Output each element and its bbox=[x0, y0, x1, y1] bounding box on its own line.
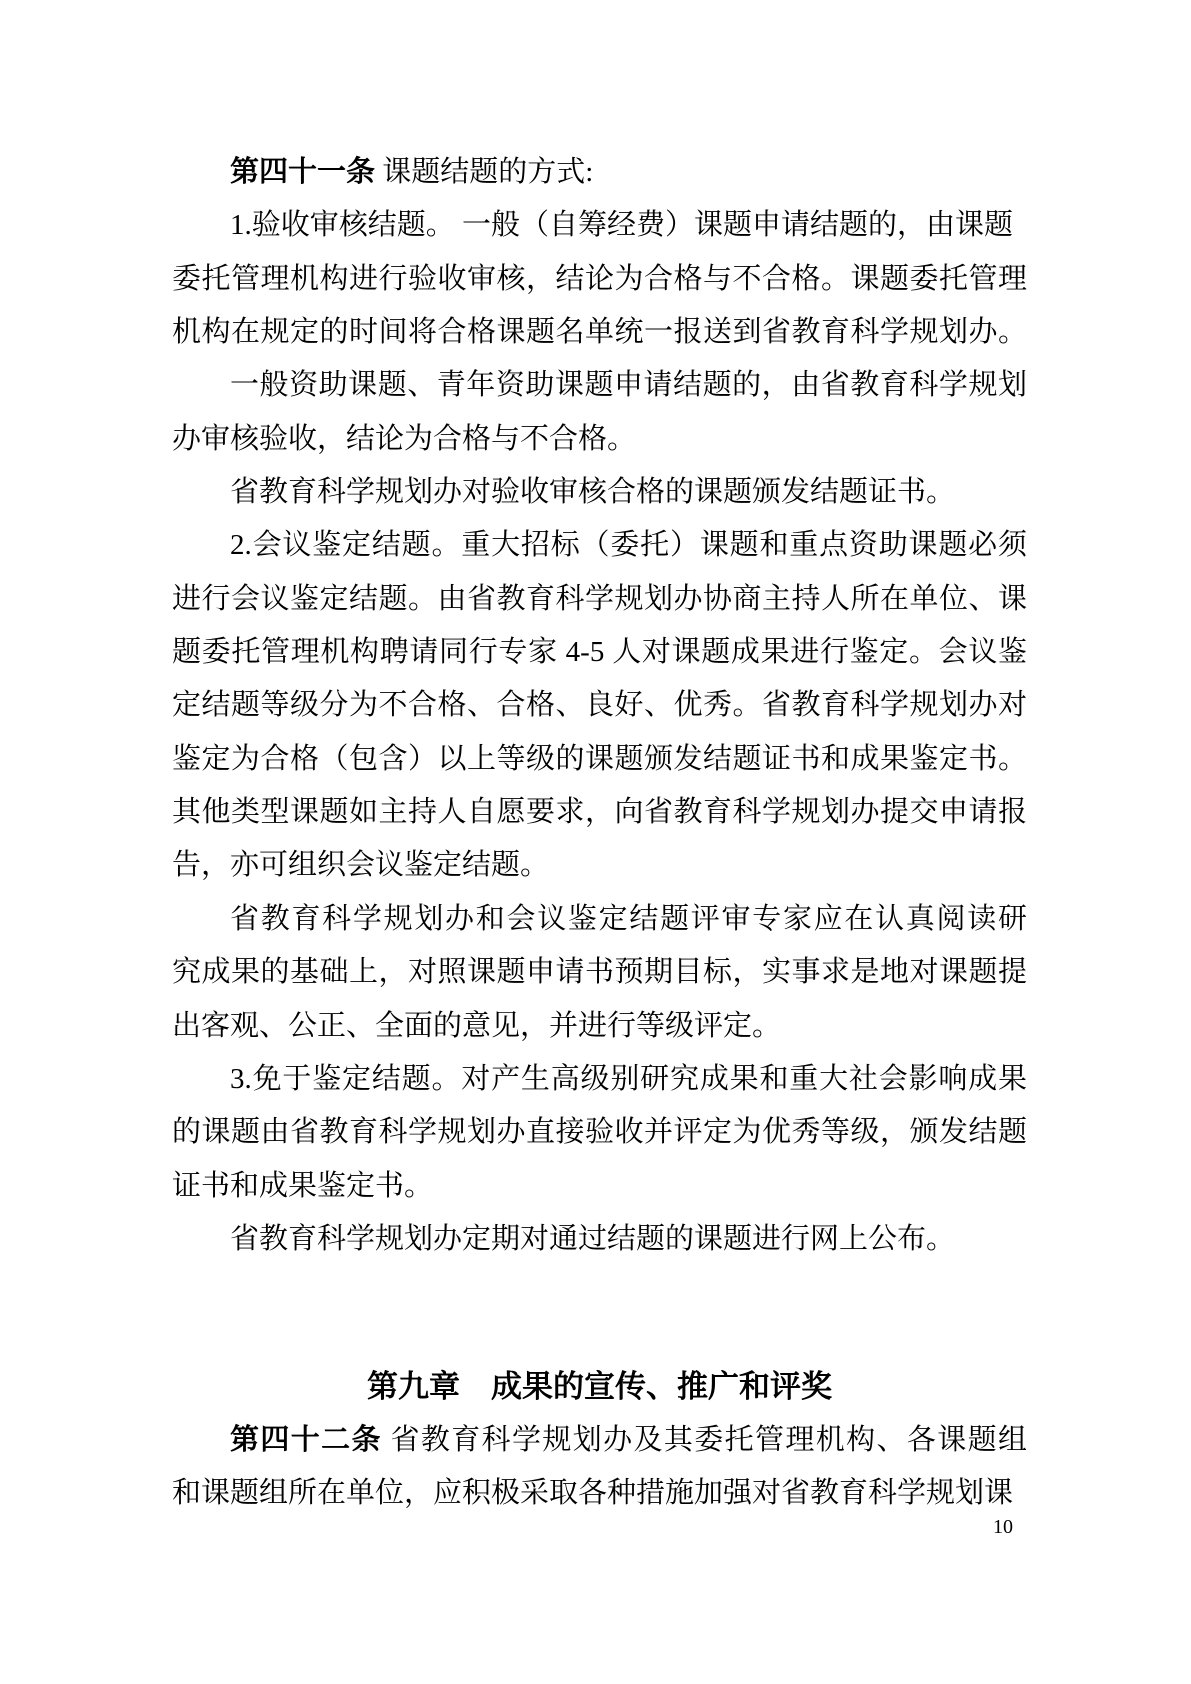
text-line: 第四十一条 课题结题的方式: bbox=[172, 146, 1027, 199]
text-line: 证书和成果鉴定书。 bbox=[172, 1160, 1027, 1213]
text-line: 究成果的基础上，对照课题申请书预期目标，实事求是地对课题提 bbox=[172, 946, 1027, 999]
text-run: 和课题组所在单位，应积极采取各种措施加强对省教育科学规划课 bbox=[172, 1477, 1013, 1509]
text-run: 1.验收审核结题。 一般（自筹经费）课题申请结题的，由课题 bbox=[230, 209, 1013, 241]
text-line: 3.免于鉴定结题。对产生高级别研究成果和重大社会影响成果 bbox=[172, 1053, 1027, 1106]
text-run: 鉴定为合格（包含）以上等级的课题颁发结题证书和成果鉴定书。 bbox=[172, 743, 1027, 775]
text-line: 委托管理机构进行验收审核，结论为合格与不合格。课题委托管理 bbox=[172, 253, 1027, 306]
text-run: 究成果的基础上，对照课题申请书预期目标，实事求是地对课题提 bbox=[172, 956, 1027, 988]
text-line: 一般资助课题、青年资助课题申请结题的，由省教育科学规划 bbox=[172, 359, 1027, 412]
text-run: 省教育科学规划办对验收审核合格的课题颁发结题证书。 bbox=[230, 476, 955, 508]
text-line: 第四十二条 省教育科学规划办及其委托管理机构、各课题组 bbox=[172, 1414, 1027, 1467]
text-line: 出客观、公正、全面的意见，并进行等级评定。 bbox=[172, 1000, 1027, 1053]
text-run: 其他类型课题如主持人自愿要求，向省教育科学规划办提交申请报 bbox=[172, 796, 1027, 828]
text-line: 机构在规定的时间将合格课题名单统一报送到省教育科学规划办。 bbox=[172, 306, 1027, 359]
text-run: 定结题等级分为不合格、合格、良好、优秀。省教育科学规划办对 bbox=[172, 689, 1027, 721]
text-run: 进行会议鉴定结题。由省教育科学规划办协商主持人所在单位、课 bbox=[172, 583, 1027, 615]
text-line: 和课题组所在单位，应积极采取各种措施加强对省教育科学规划课 bbox=[172, 1467, 1027, 1520]
page-number: 10 bbox=[993, 1516, 1013, 1539]
text-line: 办审核验收，结论为合格与不合格。 bbox=[172, 413, 1027, 466]
chapter-heading: 第九章 成果的宣传、推广和评奖 bbox=[172, 1360, 1027, 1413]
text-run: 省教育科学规划办和会议鉴定结题评审专家应在认真阅读研 bbox=[230, 903, 1027, 935]
text-run: 的课题由省教育科学规划办直接验收并评定为优秀等级，颁发结题 bbox=[172, 1116, 1027, 1148]
text-line: 题委托管理机构聘请同行专家 4-5 人对课题成果进行鉴定。会议鉴 bbox=[172, 626, 1027, 679]
text-run: 2.会议鉴定结题。重大招标（委托）课题和重点资助课题必须 bbox=[230, 529, 1027, 561]
text-line: 鉴定为合格（包含）以上等级的课题颁发结题证书和成果鉴定书。 bbox=[172, 733, 1027, 786]
text-run: 3.免于鉴定结题。对产生高级别研究成果和重大社会影响成果 bbox=[230, 1063, 1027, 1095]
text-line: 省教育科学规划办定期对通过结题的课题进行网上公布。 bbox=[172, 1213, 1027, 1266]
text-line: 定结题等级分为不合格、合格、良好、优秀。省教育科学规划办对 bbox=[172, 679, 1027, 732]
text-run: 省教育科学规划办定期对通过结题的课题进行网上公布。 bbox=[230, 1223, 955, 1255]
text-line: 省教育科学规划办和会议鉴定结题评审专家应在认真阅读研 bbox=[172, 893, 1027, 946]
text-run: 一般资助课题、青年资助课题申请结题的，由省教育科学规划 bbox=[230, 369, 1027, 401]
text-line: 2.会议鉴定结题。重大招标（委托）课题和重点资助课题必须 bbox=[172, 519, 1027, 572]
text-run: 题委托管理机构聘请同行专家 4-5 人对课题成果进行鉴定。会议鉴 bbox=[172, 636, 1027, 668]
text-run: 省教育科学规划办及其委托管理机构、各课题组 bbox=[391, 1424, 1027, 1456]
document-body: 第四十一条 课题结题的方式:1.验收审核结题。 一般（自筹经费）课题申请结题的，… bbox=[172, 146, 1027, 1520]
text-line: 的课题由省教育科学规划办直接验收并评定为优秀等级，颁发结题 bbox=[172, 1106, 1027, 1159]
text-run: 出客观、公正、全面的意见，并进行等级评定。 bbox=[172, 1010, 781, 1042]
article-number: 第四十一条 bbox=[230, 156, 382, 188]
article-number: 第四十二条 bbox=[230, 1424, 391, 1456]
text-run: 第九章 成果的宣传、推广和评奖 bbox=[367, 1369, 832, 1404]
text-line: 其他类型课题如主持人自愿要求，向省教育科学规划办提交申请报 bbox=[172, 786, 1027, 839]
text-line: 进行会议鉴定结题。由省教育科学规划办协商主持人所在单位、课 bbox=[172, 573, 1027, 626]
text-line: 告，亦可组织会议鉴定结题。 bbox=[172, 839, 1027, 892]
document-page: 第四十一条 课题结题的方式:1.验收审核结题。 一般（自筹经费）课题申请结题的，… bbox=[0, 0, 1191, 1684]
text-run: 告，亦可组织会议鉴定结题。 bbox=[172, 849, 549, 881]
text-run: 证书和成果鉴定书。 bbox=[172, 1170, 433, 1202]
text-run: 办审核验收，结论为合格与不合格。 bbox=[172, 423, 636, 455]
text-run: 课题结题的方式: bbox=[382, 156, 593, 188]
text-run: 委托管理机构进行验收审核，结论为合格与不合格。课题委托管理 bbox=[172, 263, 1027, 295]
text-run: 机构在规定的时间将合格课题名单统一报送到省教育科学规划办。 bbox=[172, 316, 1027, 348]
text-line: 1.验收审核结题。 一般（自筹经费）课题申请结题的，由课题 bbox=[172, 199, 1027, 252]
text-line: 省教育科学规划办对验收审核合格的课题颁发结题证书。 bbox=[172, 466, 1027, 519]
